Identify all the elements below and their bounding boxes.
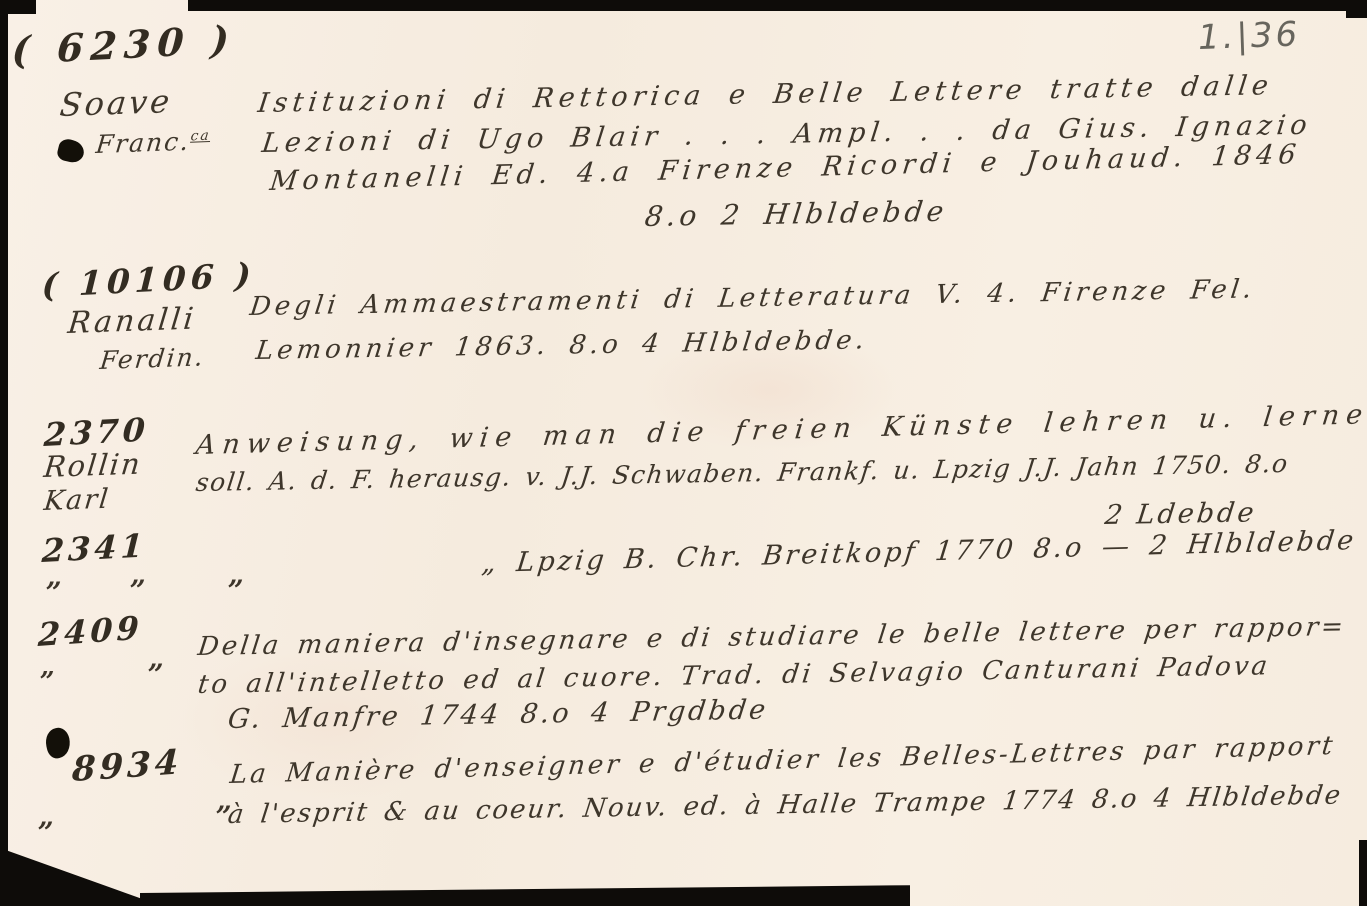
ditto-mark: „: [38, 800, 54, 833]
entry-number: ( 10106 ): [41, 255, 257, 305]
entry-line: 8.o 2 Hlbldebde: [643, 195, 949, 233]
entry-number: 8934: [71, 742, 183, 790]
author-firstname-sup: ca: [190, 128, 212, 145]
scan-border-right: [1359, 840, 1367, 906]
author-firstname: Karl: [42, 484, 111, 517]
author-name: Ranalli: [66, 301, 198, 341]
ditto-mark: „: [130, 558, 146, 591]
author-firstname: Ferdin.: [98, 342, 206, 375]
entry-line: 2 Ldebde: [1103, 497, 1258, 531]
ditto-mark: „: [228, 558, 244, 591]
ink-blot: [56, 137, 87, 165]
author-name: Rollin: [42, 447, 143, 485]
ink-blot: [43, 726, 73, 760]
ditto-mark: „: [148, 642, 164, 675]
page-ref: 1.|36: [1197, 14, 1301, 58]
scan-border-bottom: [140, 880, 910, 906]
scan-border-top: [188, 0, 1350, 11]
author-firstname: Franc.ca: [94, 126, 211, 159]
entry-line: „ Lpzig B. Chr. Breitkopf 1770 8.o — 2 H…: [480, 525, 1358, 579]
catalog-card-scan: { "page": { "ref": "1.|36" }, "colors": …: [0, 0, 1367, 906]
ditto-mark: „: [46, 560, 62, 593]
entry-line: Istituzioni di Rettorica e Belle Lettere…: [256, 70, 1275, 119]
ditto-mark: „: [40, 652, 55, 682]
scan-border-top-right: [1346, 0, 1367, 18]
entry-line: Degli Ammaestramenti di Letteratura V. 4…: [248, 274, 1257, 322]
author-firstname-text: Franc.: [94, 127, 191, 159]
scan-border-left: [0, 0, 8, 906]
entry-number: 2409: [37, 609, 143, 655]
scan-border-bottom-left-wedge: [0, 848, 162, 906]
author-name: Soave: [58, 82, 174, 124]
entry-number: ( 6230 ): [11, 16, 237, 73]
